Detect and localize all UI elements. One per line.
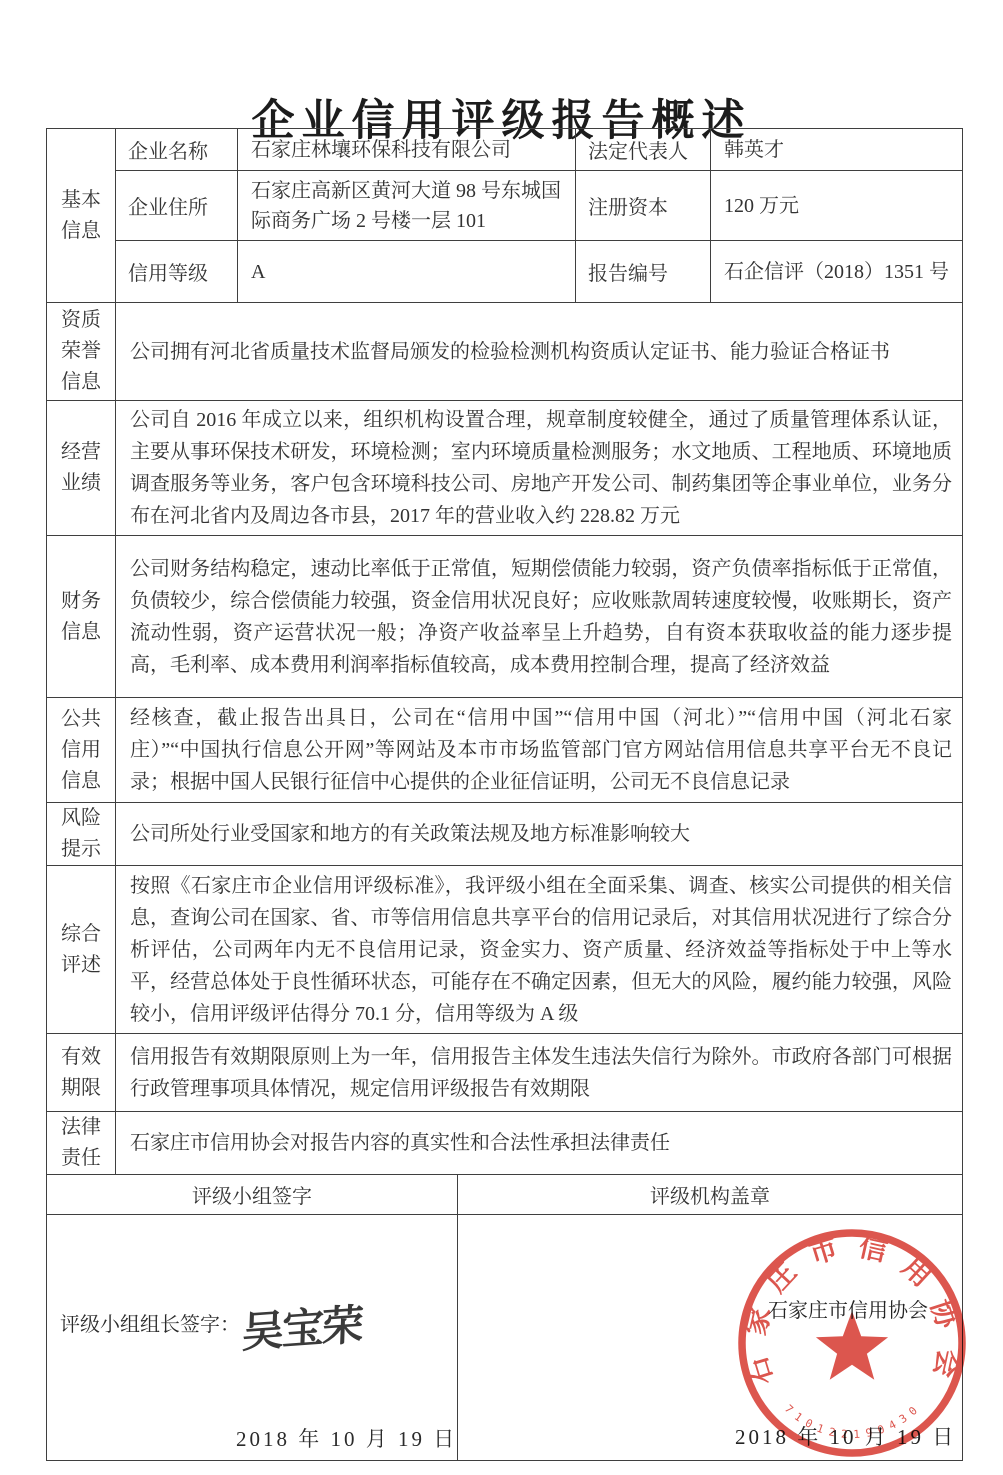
table-row: 财务信息 公司财务结构稳定，速动比率低于正常值，短期偿债能力较弱，资产负债率指标… (47, 536, 963, 698)
section-label-overall-review: 综合评述 (47, 866, 116, 1034)
label-credit-grade: 信用等级 (116, 241, 238, 303)
table-row: 评级小组签字 评级机构盖章 (47, 1174, 963, 1214)
section-label-business-performance: 经营业绩 (47, 401, 116, 536)
label-company-name: 企业名称 (116, 129, 238, 171)
label-report-number: 报告编号 (576, 241, 711, 303)
leader-signature-line: 评级小组组长签字：吴宝荣 (60, 1296, 362, 1356)
signature-date: 2018 年 10 月 19 日 (236, 1423, 457, 1453)
value-company-name: 石家庄林壤环保科技有限公司 (238, 129, 576, 171)
signoff-right-header: 评级机构盖章 (458, 1174, 963, 1214)
leader-sign-label: 评级小组组长签字： (60, 1314, 240, 1336)
table-row: 风险提示 公司所处行业受国家和地方的有关政策法规及地方标准影响较大 (47, 803, 963, 866)
table-row: 法律责任 石家庄市信用协会对报告内容的真实性和合法性承担法律责任 (47, 1112, 963, 1175)
table-row: 资质荣誉信息 公司拥有河北省质量技术监督局颁发的检验检测机构资质认定证书、能力验… (47, 303, 963, 401)
value-credit-grade: A (238, 241, 576, 303)
seal-ring (742, 1233, 962, 1453)
section-content-financial-info: 公司财务结构稳定，速动比率低于正常值，短期偿债能力较弱，资产负债率指标低于正常值… (116, 536, 963, 698)
section-label-legal-liability: 法律责任 (47, 1112, 116, 1175)
section-content-qualifications: 公司拥有河北省质量技术监督局颁发的检验检测机构资质认定证书、能力验证合格证书 (116, 303, 963, 401)
stamp-cell: 石家庄市信用协会 2018 年 10 月 19 日 石家庄市 (458, 1214, 963, 1460)
label-company-address: 企业住所 (116, 171, 238, 241)
table-row: 综合评述 按照《石家庄市企业信用评级标准》，我评级小组在全面采集、调查、核实公司… (47, 866, 963, 1034)
value-legal-representative: 韩英才 (711, 129, 963, 171)
table-row: 基本信息 企业名称 石家庄林壤环保科技有限公司 法定代表人 韩英才 (47, 129, 963, 171)
section-label-qualifications: 资质荣誉信息 (47, 303, 116, 401)
value-registered-capital: 120 万元 (711, 171, 963, 241)
section-content-overall-review: 按照《石家庄市企业信用评级标准》，我评级小组在全面采集、调查、核实公司提供的相关… (116, 866, 963, 1034)
credit-report-page: 企业信用评级报告概述 基本信息 企业名称 石家庄林壤环保科技有限公司 法定代表人… (0, 0, 1003, 1475)
section-content-legal-liability: 石家庄市信用协会对报告内容的真实性和合法性承担法律责任 (116, 1112, 963, 1175)
table-row: 经营业绩 公司自 2016 年成立以来，组织机构设置合理，规章制度较健全，通过了… (47, 401, 963, 536)
section-label-financial-info: 财务信息 (47, 536, 116, 698)
signoff-table: 评级小组签字 评级机构盖章 评级小组组长签字：吴宝荣 2018 年 10 月 1… (46, 1174, 963, 1461)
table-row: 企业住所 石家庄高新区黄河大道 98 号东城国际商务广场 2 号楼一层 101 … (47, 171, 963, 241)
report-table: 基本信息 企业名称 石家庄林壤环保科技有限公司 法定代表人 韩英才 企业住所 石… (46, 128, 963, 1175)
section-label-risk-warning: 风险提示 (47, 803, 116, 866)
label-legal-representative: 法定代表人 (576, 129, 711, 171)
organization-name: 石家庄市信用协会 (768, 1294, 928, 1323)
signoff-left-header: 评级小组签字 (47, 1174, 458, 1214)
stamp-date: 2018 年 10 月 19 日 (735, 1421, 956, 1451)
section-label-public-credit: 公共信用信息 (47, 698, 116, 803)
handwritten-signature: 吴宝荣 (241, 1291, 363, 1360)
section-content-risk-warning: 公司所处行业受国家和地方的有关政策法规及地方标准影响较大 (116, 803, 963, 866)
signature-cell: 评级小组组长签字：吴宝荣 2018 年 10 月 19 日 (47, 1214, 458, 1460)
table-row: 公共信用信息 经核查，截止报告出具日，公司在“信用中国”“信用中国（河北）”“信… (47, 698, 963, 803)
section-label-basic-info: 基本信息 (47, 129, 116, 303)
section-content-business-performance: 公司自 2016 年成立以来，组织机构设置合理，规章制度较健全，通过了质量管理体… (116, 401, 963, 536)
table-row: 有效期限 信用报告有效期限原则上为一年，信用报告主体发生违法失信行为除外。市政府… (47, 1034, 963, 1112)
table-row: 信用等级 A 报告编号 石企信评（2018）1351 号 (47, 241, 963, 303)
table-row: 评级小组组长签字：吴宝荣 2018 年 10 月 19 日 石家庄市信用协会 2… (47, 1214, 963, 1460)
value-report-number: 石企信评（2018）1351 号 (711, 241, 963, 303)
section-content-public-credit: 经核查，截止报告出具日，公司在“信用中国”“信用中国（河北）”“信用中国（河北石… (116, 698, 963, 803)
section-content-validity-period: 信用报告有效期限原则上为一年，信用报告主体发生违法失信行为除外。市政府各部门可根… (116, 1034, 963, 1112)
label-registered-capital: 注册资本 (576, 171, 711, 241)
report-table-wrap: 基本信息 企业名称 石家庄林壤环保科技有限公司 法定代表人 韩英才 企业住所 石… (46, 128, 962, 1461)
section-label-validity-period: 有效期限 (47, 1034, 116, 1112)
value-company-address: 石家庄高新区黄河大道 98 号东城国际商务广场 2 号楼一层 101 (238, 171, 576, 241)
